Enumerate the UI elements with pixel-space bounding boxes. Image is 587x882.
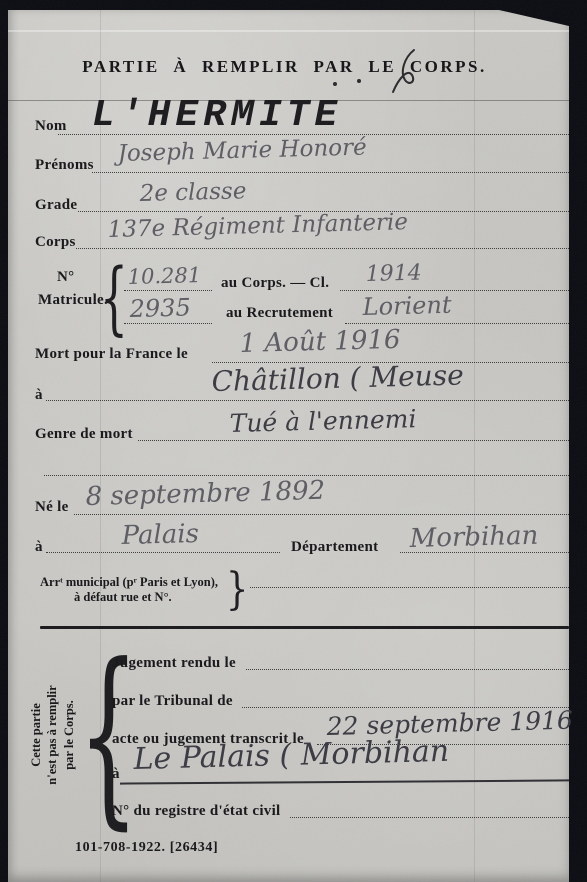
ne-lieu-dotted-line (46, 552, 280, 553)
side-note-line1: Cette partie (28, 650, 44, 820)
form-title: PARTIE À REMPLIR PAR LE CORPS. (0, 58, 569, 75)
paper-crease-vertical (474, 10, 475, 882)
prenoms-dotted-line (92, 172, 569, 173)
mort-le-value: 1 Août 1916 (239, 327, 401, 357)
arr-municipal-label-line2: à défaut rue et N°. (74, 591, 172, 604)
scanned-record-card: PARTIE À REMPLIR PAR LE CORPS. Nom L'HER… (0, 0, 587, 882)
jugement-rendu-dotted-line (246, 669, 569, 670)
registre-label: N° du registre d'état civil (112, 804, 281, 819)
mort-le-label: Mort pour la France le (35, 347, 188, 362)
matricule-numero-recrutement: 2935 (129, 295, 191, 321)
tribunal-label: par le Tribunal de (112, 694, 233, 709)
stray-pen-mark (388, 48, 422, 94)
au-corps-label: au Corps. — Cl. (221, 276, 329, 291)
transcrit-lieu-label: à (112, 767, 120, 782)
matricule-brace: { (100, 258, 128, 338)
matricule-label-line2: Matricule. (38, 293, 108, 308)
arr-municipal-dotted-line (250, 587, 569, 588)
paper-corner-shadow (499, 10, 569, 26)
corps-label: Corps (35, 235, 76, 250)
genre-de-mort-label: Genre de mort (35, 427, 133, 442)
ne-le-value: 8 septembre 1892 (85, 478, 325, 510)
corps-dotted-line (76, 248, 569, 249)
departement-value: Morbihan (409, 523, 538, 552)
mort-lieu-dotted-line (46, 400, 569, 401)
jugement-rendu-label: Jugement rendu le (112, 656, 236, 671)
grade-value: 2e classe (139, 180, 246, 206)
nom-dotted-line (58, 134, 569, 135)
departement-dotted-line (400, 552, 569, 553)
paper-crease (8, 30, 569, 32)
ne-lieu-value: Palais (121, 521, 199, 549)
matricule-classe: 1914 (365, 263, 422, 286)
ne-lieu-label: à (35, 540, 43, 555)
transcrit-lieu-value: Le Palais ( Morbihan (133, 737, 449, 775)
matricule-numero-corps: 10.281 (127, 265, 201, 288)
genre-de-mort-dotted-line (138, 440, 569, 441)
ne-le-label: Né le (35, 500, 69, 515)
ne-le-dotted-line (74, 514, 569, 515)
classe-dotted-line (340, 290, 569, 291)
typewriter-overstrike-dot (357, 79, 361, 83)
mort-lieu-label: à (35, 388, 43, 403)
typewriter-overstrike-dot (333, 82, 337, 86)
departement-label: Département (291, 540, 378, 555)
mort-lieu-value: Châtillon ( Meuse (211, 361, 464, 396)
recrutement-dotted-line (345, 323, 569, 324)
au-recrutement-label: au Recrutement (226, 306, 333, 321)
matricule-label-line1: N° (57, 270, 74, 285)
transcrit-value: 22 septembre 1916 (326, 708, 573, 739)
registre-dotted-line (290, 817, 569, 818)
matricule-recrutement-dotted-line (124, 323, 212, 324)
genre-de-mort-value: Tué à l'ennemi (229, 406, 416, 436)
grade-label: Grade (35, 198, 77, 213)
arr-municipal-label-line1: Arrᵗ municipal (pʳ Paris et Lyon), (40, 576, 218, 589)
imprint-reference: 101-708-1922. [26434] (75, 841, 218, 855)
nom-label: Nom (35, 119, 67, 134)
side-note-line3: par le Corps. (61, 650, 77, 820)
matricule-corps-dotted-line (124, 290, 212, 291)
recrutement-value: Lorient (362, 293, 451, 319)
nom-value: L'HERMITE (92, 97, 342, 135)
side-note-line2: n'est pas à remplir (44, 650, 60, 820)
prenoms-label: Prénoms (35, 158, 94, 173)
arr-municipal-brace: } (226, 568, 248, 612)
